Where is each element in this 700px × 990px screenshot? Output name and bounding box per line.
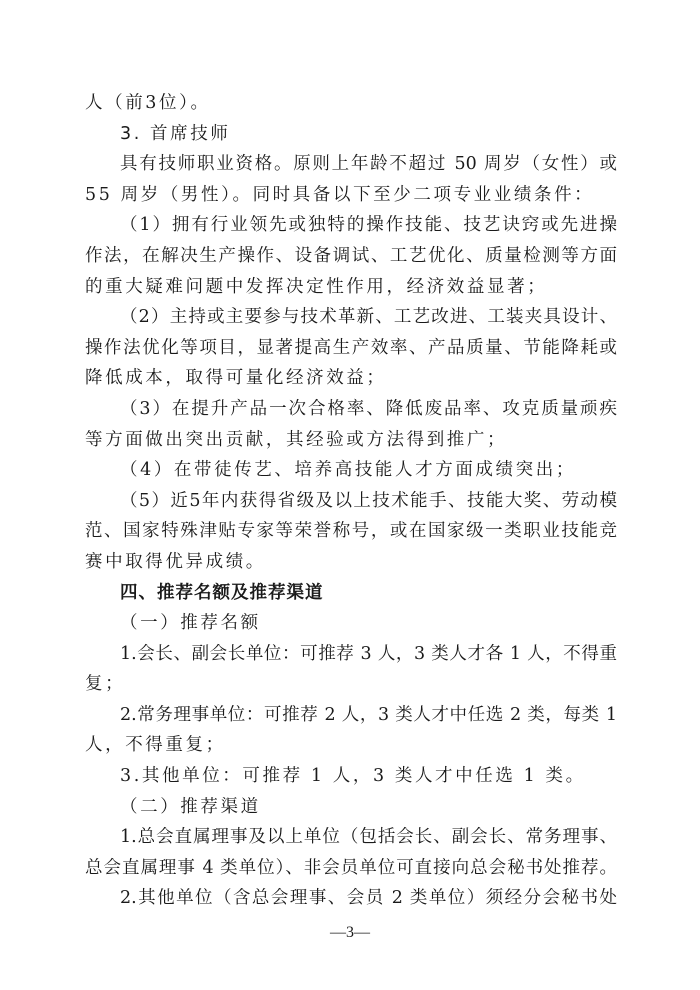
condition-2-line-3: 降低成本，取得可量化经济效益； xyxy=(85,363,617,394)
line-3: 具有技师职业资格。原则上年龄不超过 50 周岁（女性）或 xyxy=(85,149,617,180)
line-4: 55 周岁（男性）。同时具备以下至少二项专业业绩条件： xyxy=(85,180,617,211)
condition-3-line-2: 等方面做出突出贡献，其经验或方法得到推广； xyxy=(85,425,617,456)
condition-5-line-1: （5）近5年内获得省级及以上技术能手、技能大奖、劳动模 xyxy=(85,486,617,517)
quota-1-line-1: 1.会长、副会长单位：可推荐 3 人，3 类人才各 1 人，不得重 xyxy=(85,639,617,670)
condition-1-line-3: 的重大疑难问题中发挥决定性作用，经济效益显著； xyxy=(85,272,617,303)
subsection-1-heading: （一）推荐名额 xyxy=(85,608,617,639)
section-4-heading: 四、推荐名额及推荐渠道 xyxy=(85,578,617,609)
line-1: 人（前3位）。 xyxy=(85,88,617,119)
condition-4: （4）在带徒传艺、培养高技能人才方面成绩突出； xyxy=(85,455,617,486)
condition-2-line-2: 操作法优化等项目，显著提高生产效率、产品质量、节能降耗或 xyxy=(85,333,617,364)
condition-1-line-1: （1）拥有行业领先或独特的操作技能、技艺诀窍或先进操 xyxy=(85,210,617,241)
quota-1-line-2: 复； xyxy=(85,669,617,700)
quota-3: 3.其他单位：可推荐 1 人，3 类人才中任选 1 类。 xyxy=(85,761,617,792)
condition-5-line-2: 范、国家特殊津贴专家等荣誉称号，或在国家级一类职业技能竞 xyxy=(85,516,617,547)
channel-1-line-1: 1.总会直属理事及以上单位（包括会长、副会长、常务理事、 xyxy=(85,822,617,853)
channel-2-line-1: 2.其他单位（含总会理事、会员 2 类单位）须经分会秘书处 xyxy=(85,883,617,914)
condition-3-line-1: （3）在提升产品一次合格率、降低废品率、攻克质量顽疾 xyxy=(85,394,617,425)
subsection-2-heading: （二）推荐渠道 xyxy=(85,792,617,823)
condition-1-line-2: 作法，在解决生产操作、设备调试、工艺优化、质量检测等方面 xyxy=(85,241,617,272)
section-3-title: 3. 首席技师 xyxy=(85,119,617,150)
quota-2-line-1: 2.常务理事单位：可推荐 2 人，3 类人才中任选 2 类，每类 1 xyxy=(85,700,617,731)
quota-2-line-2: 人，不得重复； xyxy=(85,730,617,761)
channel-1-line-2: 总会直属理事 4 类单位）、非会员单位可直接向总会秘书处推荐。 xyxy=(85,853,617,884)
condition-5-line-3: 赛中取得优异成绩。 xyxy=(85,547,617,578)
condition-2-line-1: （2）主持或主要参与技术革新、工艺改进、工装夹具设计、 xyxy=(85,302,617,333)
page-number: —3— xyxy=(0,924,700,942)
document-page: 人（前3位）。 3. 首席技师 具有技师职业资格。原则上年龄不超过 50 周岁（… xyxy=(85,88,617,914)
